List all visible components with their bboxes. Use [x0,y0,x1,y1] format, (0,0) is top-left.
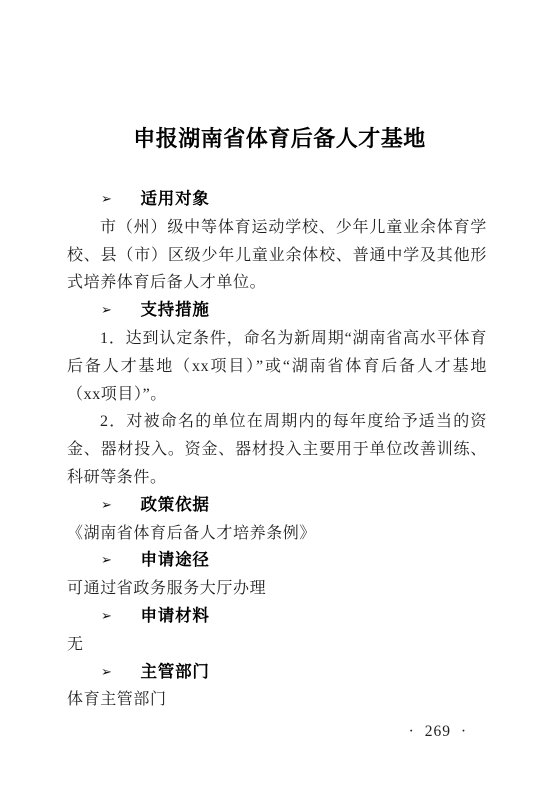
paragraph: 1．达到认定条件，命名为新周期“湖南省高水平体育后备人才基地（xx项目）”或“湖… [67,325,487,408]
arrowhead-bullet-icon: ➢ [101,185,113,213]
section: ➢ 政策依据 《湖南省体育后备人才培养条例》 [67,492,487,548]
section-heading-label: 适用对象 [141,186,210,214]
paragraph: 体育主管部门 [67,686,487,714]
paragraph: 《湖南省体育后备人才培养条例》 [67,520,487,548]
section: ➢ 支持措施 1．达到认定条件，命名为新周期“湖南省高水平体育后备人才基地（xx… [67,297,487,492]
paragraph: 2．对被命名的单位在周期内的每年度给予适当的资金、器材投入。资金、器材投入主要用… [67,408,487,491]
section-heading: ➢ 适用对象 [67,186,487,214]
section-heading-label: 支持措施 [141,297,210,325]
arrowhead-bullet-icon: ➢ [101,546,113,574]
section-heading: ➢ 主管部门 [67,659,487,687]
document-title: 申报湖南省体育后备人才基地 [0,122,559,153]
document-page: 申报湖南省体育后备人才基地 ➢ 适用对象 市（州）级中等体育运动学校、少年儿童业… [0,0,559,793]
section-heading-label: 申请材料 [141,603,210,631]
paragraph: 可通过省政务服务大厅办理 [67,575,487,603]
section-heading: ➢ 申请材料 [67,603,487,631]
document-body: ➢ 适用对象 市（州）级中等体育运动学校、少年儿童业余体育学校、县（市）区级少年… [67,186,487,714]
section-heading-label: 主管部门 [141,659,210,687]
arrowhead-bullet-icon: ➢ [101,602,113,630]
paragraph: 市（州）级中等体育运动学校、少年儿童业余体育学校、县（市）区级少年儿童业余体校、… [67,214,487,297]
section-heading-label: 申请途径 [141,547,210,575]
page-number: · 269 · [409,718,467,746]
section: ➢ 主管部门 体育主管部门 [67,659,487,715]
section: ➢ 申请材料 无 [67,603,487,659]
section-heading-label: 政策依据 [141,492,210,520]
section: ➢ 适用对象 市（州）级中等体育运动学校、少年儿童业余体育学校、县（市）区级少年… [67,186,487,297]
section-heading: ➢ 申请途径 [67,547,487,575]
arrowhead-bullet-icon: ➢ [101,658,113,686]
arrowhead-bullet-icon: ➢ [101,491,113,519]
section-heading: ➢ 支持措施 [67,297,487,325]
paragraph: 无 [67,631,487,659]
section: ➢ 申请途径 可通过省政务服务大厅办理 [67,547,487,603]
section-heading: ➢ 政策依据 [67,492,487,520]
arrowhead-bullet-icon: ➢ [101,296,113,324]
